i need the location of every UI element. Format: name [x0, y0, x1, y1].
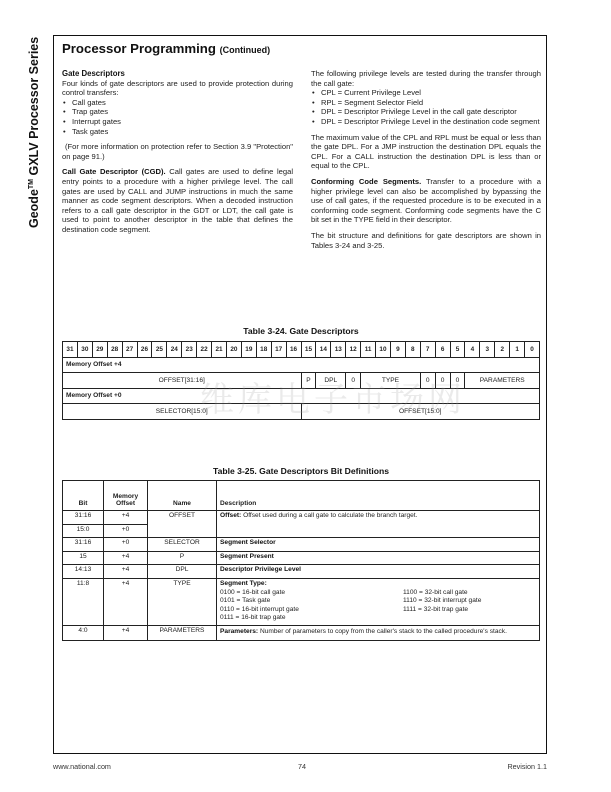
field-p: P — [301, 373, 316, 389]
bit-structure-paragraph: The bit structure and definitions for ga… — [311, 231, 541, 250]
segment-type-list: 0100 = 16-bit call gate 1100 = 32-bit ca… — [220, 589, 536, 623]
bit-number-cell: 9 — [390, 342, 405, 358]
field-reserved-zero: 0 — [450, 373, 465, 389]
cell-bit: 14:13 — [63, 565, 104, 579]
cell-offset: +4 — [104, 565, 148, 579]
list-item: RPL = Segment Selector Field — [311, 98, 541, 108]
field-selector: SELECTOR[15:0] — [63, 404, 302, 420]
bit-number-row: 3130292827262524232221201918171615141312… — [63, 342, 540, 358]
cell-offset: +0 — [104, 538, 148, 552]
cell-bit: 15 — [63, 551, 104, 565]
list-item: DPL = Descriptor Privilege Level in the … — [311, 107, 541, 117]
memory-offset-label: Memory Offset +0 — [63, 388, 540, 404]
bit-number-cell: 8 — [405, 342, 420, 358]
cell-offset: +4 — [104, 511, 148, 525]
cell-description: Segment Selector — [217, 538, 540, 552]
field-dpl: DPL — [316, 373, 346, 389]
bit-number-cell: 0 — [525, 342, 540, 358]
gate-descriptors-intro: Four kinds of gate descriptors are used … — [62, 79, 293, 98]
column-header-name: Name — [148, 481, 217, 511]
description-term: Offset: — [220, 512, 241, 519]
bit-number-cell: 26 — [137, 342, 152, 358]
list-item: Interrupt gates — [62, 117, 293, 127]
description-term: Segment Type: — [220, 580, 267, 587]
gate-descriptors-heading: Gate Descriptors — [62, 69, 293, 79]
bit-number-cell: 24 — [167, 342, 182, 358]
bit-number-cell: 15 — [301, 342, 316, 358]
protection-note: (For more information on protection refe… — [62, 142, 293, 161]
gate-descriptors-bit-definitions-table: Bit Memory Offset Name Description 31:16… — [62, 480, 540, 641]
side-title-rest: GXLV Processor Series — [27, 37, 41, 179]
field-reserved-zero: 0 — [346, 373, 361, 389]
bit-number-cell: 23 — [182, 342, 197, 358]
bit-number-cell: 28 — [107, 342, 122, 358]
list-item: DPL = Descriptor Privilege Level in the … — [311, 117, 541, 127]
bit-number-cell: 27 — [122, 342, 137, 358]
segment-type-value: 1111 = 32-bit trap gate — [403, 606, 533, 615]
left-column: Gate Descriptors Four kinds of gate desc… — [62, 69, 293, 241]
bit-number-cell: 7 — [420, 342, 435, 358]
segment-type-value: 0111 = 16-bit trap gate — [220, 614, 403, 623]
cell-description: Descriptor Privilege Level — [217, 565, 540, 579]
description-term: Segment Present — [220, 553, 274, 560]
field-offset-lo: OFFSET[15:0] — [301, 404, 540, 420]
table-3-25-caption: Table 3-25. Gate Descriptors Bit Definit… — [62, 466, 540, 476]
bit-number-cell: 12 — [346, 342, 361, 358]
cell-offset: +4 — [104, 551, 148, 565]
table-row: 31:16 +0 SELECTOR Segment Selector — [63, 538, 540, 552]
cell-offset: +4 — [104, 625, 148, 641]
column-header-memory-offset: Memory Offset — [104, 481, 148, 511]
cell-name: PARAMETERS — [148, 625, 217, 641]
bit-number-cell: 18 — [256, 342, 271, 358]
conforming-code-segments-paragraph: Conforming Code Segments. Transfer to a … — [311, 177, 541, 225]
table-header-row: Bit Memory Offset Name Description — [63, 481, 540, 511]
table-row: 11:8 +4 TYPE Segment Type: 0100 = 16-bit… — [63, 578, 540, 625]
cell-name: DPL — [148, 565, 217, 579]
cell-description: Offset: Offset used during a call gate t… — [217, 511, 540, 538]
bit-number-cell: 21 — [212, 342, 227, 358]
cell-name: TYPE — [148, 578, 217, 625]
max-privilege-paragraph: The maximum value of the CPL and RPL mus… — [311, 133, 541, 171]
description-term: Descriptor Privilege Level — [220, 566, 301, 573]
bit-number-cell: 20 — [226, 342, 241, 358]
page-title-text: Processor Programming — [62, 41, 220, 56]
footer-page-number: 74 — [298, 762, 306, 771]
description-term: Segment Selector — [220, 539, 276, 546]
field-reserved-zero: 0 — [435, 373, 450, 389]
cell-description: Parameters: Number of parameters to copy… — [217, 625, 540, 641]
cell-name: OFFSET — [148, 511, 217, 538]
cell-offset: +0 — [104, 524, 148, 538]
gate-kinds-list: Call gates Trap gates Interrupt gates Ta… — [62, 98, 293, 136]
footer-revision: Revision 1.1 — [507, 762, 547, 771]
bit-number-cell: 10 — [376, 342, 391, 358]
list-item: CPL = Current Privilege Level — [311, 88, 541, 98]
continued-label: (Continued) — [220, 45, 270, 55]
column-header-description: Description — [217, 481, 540, 511]
side-title-prefix: Geode — [27, 189, 41, 228]
memory-offset-0-fields-row: SELECTOR[15:0] OFFSET[15:0] — [63, 404, 540, 420]
bit-number-cell: 4 — [465, 342, 480, 358]
cell-bit: 31:16 — [63, 511, 104, 525]
cell-offset: +4 — [104, 578, 148, 625]
cell-bit: 31:16 — [63, 538, 104, 552]
bit-number-cell: 13 — [331, 342, 346, 358]
segment-type-value: 1100 = 32-bit call gate — [403, 589, 533, 598]
cell-name: P — [148, 551, 217, 565]
bit-number-cell: 16 — [286, 342, 301, 358]
privilege-intro: The following privilege levels are teste… — [311, 69, 541, 88]
memory-offset-4-label-row: Memory Offset +4 — [63, 357, 540, 373]
field-parameters: PARAMETERS — [465, 373, 540, 389]
table-3-24-caption: Table 3-24. Gate Descriptors — [62, 326, 540, 336]
segment-type-value: 0100 = 16-bit call gate — [220, 589, 403, 598]
field-offset-hi: OFFSET[31:16] — [63, 373, 302, 389]
right-column: The following privilege levels are teste… — [311, 69, 541, 256]
call-gate-descriptor-paragraph: Call Gate Descriptor (CGD). Call gates a… — [62, 167, 293, 234]
bit-number-cell: 5 — [450, 342, 465, 358]
cgd-heading: Call Gate Descriptor (CGD). — [62, 167, 166, 176]
bit-number-cell: 22 — [197, 342, 212, 358]
table-row: 31:16 +4 OFFSET Offset: Offset used duri… — [63, 511, 540, 525]
table-row: 14:13 +4 DPL Descriptor Privilege Level — [63, 565, 540, 579]
product-series-side-title: GeodeTM GXLV Processor Series — [27, 28, 43, 228]
page-title: Processor Programming (Continued) — [62, 41, 270, 56]
bit-number-cell: 29 — [92, 342, 107, 358]
segment-type-value: 1110 = 32-bit interrupt gate — [403, 597, 533, 606]
bit-number-cell: 6 — [435, 342, 450, 358]
cell-bit: 11:8 — [63, 578, 104, 625]
cell-name: SELECTOR — [148, 538, 217, 552]
bit-number-cell: 1 — [510, 342, 525, 358]
cell-bit: 15:0 — [63, 524, 104, 538]
privilege-levels-list: CPL = Current Privilege Level RPL = Segm… — [311, 88, 541, 126]
memory-offset-4-fields-row: OFFSET[31:16] P DPL 0 TYPE 0 0 0 PARAMET… — [63, 373, 540, 389]
trademark-mark: TM — [28, 179, 35, 189]
cgd-text: Call gates are used to define legal entr… — [62, 167, 293, 234]
column-header-bit: Bit — [63, 481, 104, 511]
segment-type-value — [403, 614, 533, 623]
list-item: Trap gates — [62, 107, 293, 117]
list-item: Task gates — [62, 127, 293, 137]
cell-description: Segment Present — [217, 551, 540, 565]
table-row: 4:0 +4 PARAMETERS Parameters: Number of … — [63, 625, 540, 641]
bit-number-cell: 2 — [495, 342, 510, 358]
cell-bit: 4:0 — [63, 625, 104, 641]
gate-descriptors-table: 3130292827262524232221201918171615141312… — [62, 341, 540, 420]
bit-number-cell: 3 — [480, 342, 495, 358]
description-text: Number of parameters to copy from the ca… — [258, 628, 507, 635]
bit-number-cell: 30 — [77, 342, 92, 358]
description-text: Offset used during a call gate to calcul… — [241, 512, 417, 519]
field-reserved-zero: 0 — [420, 373, 435, 389]
memory-offset-0-label-row: Memory Offset +0 — [63, 388, 540, 404]
bit-number-cell: 11 — [361, 342, 376, 358]
memory-offset-label: Memory Offset +4 — [63, 357, 540, 373]
list-item: Call gates — [62, 98, 293, 108]
bit-number-cell: 31 — [63, 342, 78, 358]
segment-type-value: 0101 = Task gate — [220, 597, 403, 606]
segment-type-value: 0110 = 16-bit interrupt gate — [220, 606, 403, 615]
description-term: Parameters: — [220, 628, 258, 635]
ccs-heading: Conforming Code Segments. — [311, 177, 421, 186]
field-type: TYPE — [361, 373, 421, 389]
bit-number-cell: 17 — [271, 342, 286, 358]
cell-description: Segment Type: 0100 = 16-bit call gate 11… — [217, 578, 540, 625]
bit-number-cell: 14 — [316, 342, 331, 358]
footer-website: www.national.com — [53, 762, 111, 771]
table-row: 15 +4 P Segment Present — [63, 551, 540, 565]
bit-number-cell: 19 — [241, 342, 256, 358]
bit-number-cell: 25 — [152, 342, 167, 358]
